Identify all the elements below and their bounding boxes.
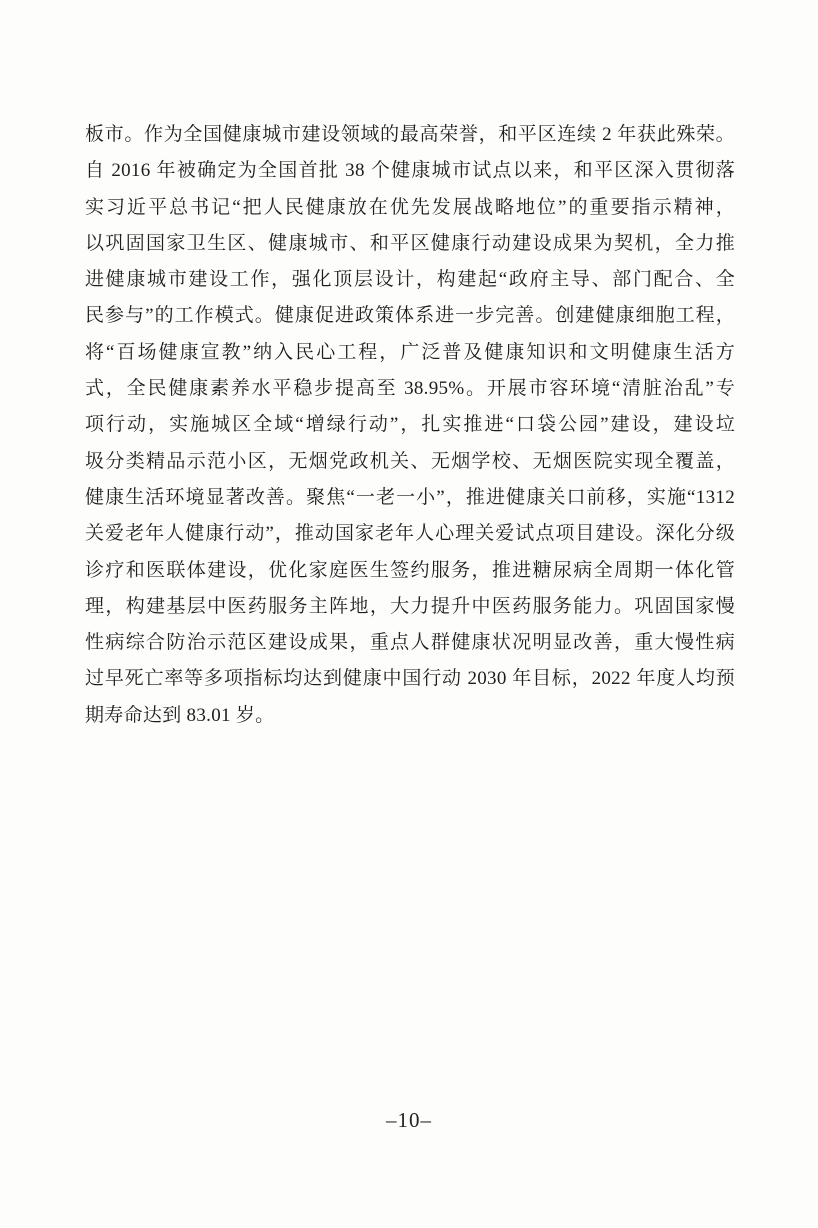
text-line: 板市。作为全国健康城市建设领域的最高荣誉，和平区连续 2 年获此殊荣。 — [85, 117, 735, 153]
text-line: 关爱老年人健康行动”，推动国家老年人心理关爱试点项目建设。深化分级 — [85, 516, 735, 552]
text-line: 民参与”的工作模式。健康促进政策体系进一步完善。创建健康细胞工程， — [85, 298, 735, 334]
text-line: 将“百场健康宣教”纳入民心工程，广泛普及健康知识和文明健康生活方 — [85, 335, 735, 371]
text-line: 理，构建基层中医药服务主阵地，大力提升中医药服务能力。巩固国家慢 — [85, 589, 735, 625]
text-line: 进健康城市建设工作，强化顶层设计，构建起“政府主导、部门配合、全 — [85, 262, 735, 298]
text-line: 项行动，实施城区全域“增绿行动”，扎实推进“口袋公园”建设，建设垃 — [85, 407, 735, 443]
text-line: 圾分类精品示范小区，无烟党政机关、无烟学校、无烟医院实现全覆盖， — [85, 444, 735, 480]
text-line: 诊疗和医联体建设，优化家庭医生签约服务，推进糖尿病全周期一体化管 — [85, 553, 735, 589]
text-line: 式，全民健康素养水平稳步提高至 38.95%。开展市容环境“清脏治乱”专 — [85, 371, 735, 407]
text-line: 自 2016 年被确定为全国首批 38 个健康城市试点以来，和平区深入贯彻落 — [85, 153, 735, 189]
page-number: –10– — [0, 1108, 818, 1133]
text-line: 性病综合防治示范区建设成果，重点人群健康状况明显改善，重大慢性病 — [85, 625, 735, 661]
text-line: 实习近平总书记“把人民健康放在优先发展战略地位”的重要指示精神， — [85, 190, 735, 226]
text-line: 健康生活环境显著改善。聚焦“一老一小”，推进健康关口前移，实施“1312 — [85, 480, 735, 516]
text-line: 过早死亡率等多项指标均达到健康中国行动 2030 年目标，2022 年度人均预 — [85, 661, 735, 697]
document-page: 板市。作为全国健康城市建设领域的最高荣誉，和平区连续 2 年获此殊荣。自 201… — [0, 0, 818, 1228]
text-line: 以巩固国家卫生区、健康城市、和平区健康行动建设成果为契机，全力推 — [85, 226, 735, 262]
body-paragraph: 板市。作为全国健康城市建设领域的最高荣誉，和平区连续 2 年获此殊荣。自 201… — [85, 117, 735, 734]
text-line: 期寿命达到 83.01 岁。 — [85, 698, 735, 734]
